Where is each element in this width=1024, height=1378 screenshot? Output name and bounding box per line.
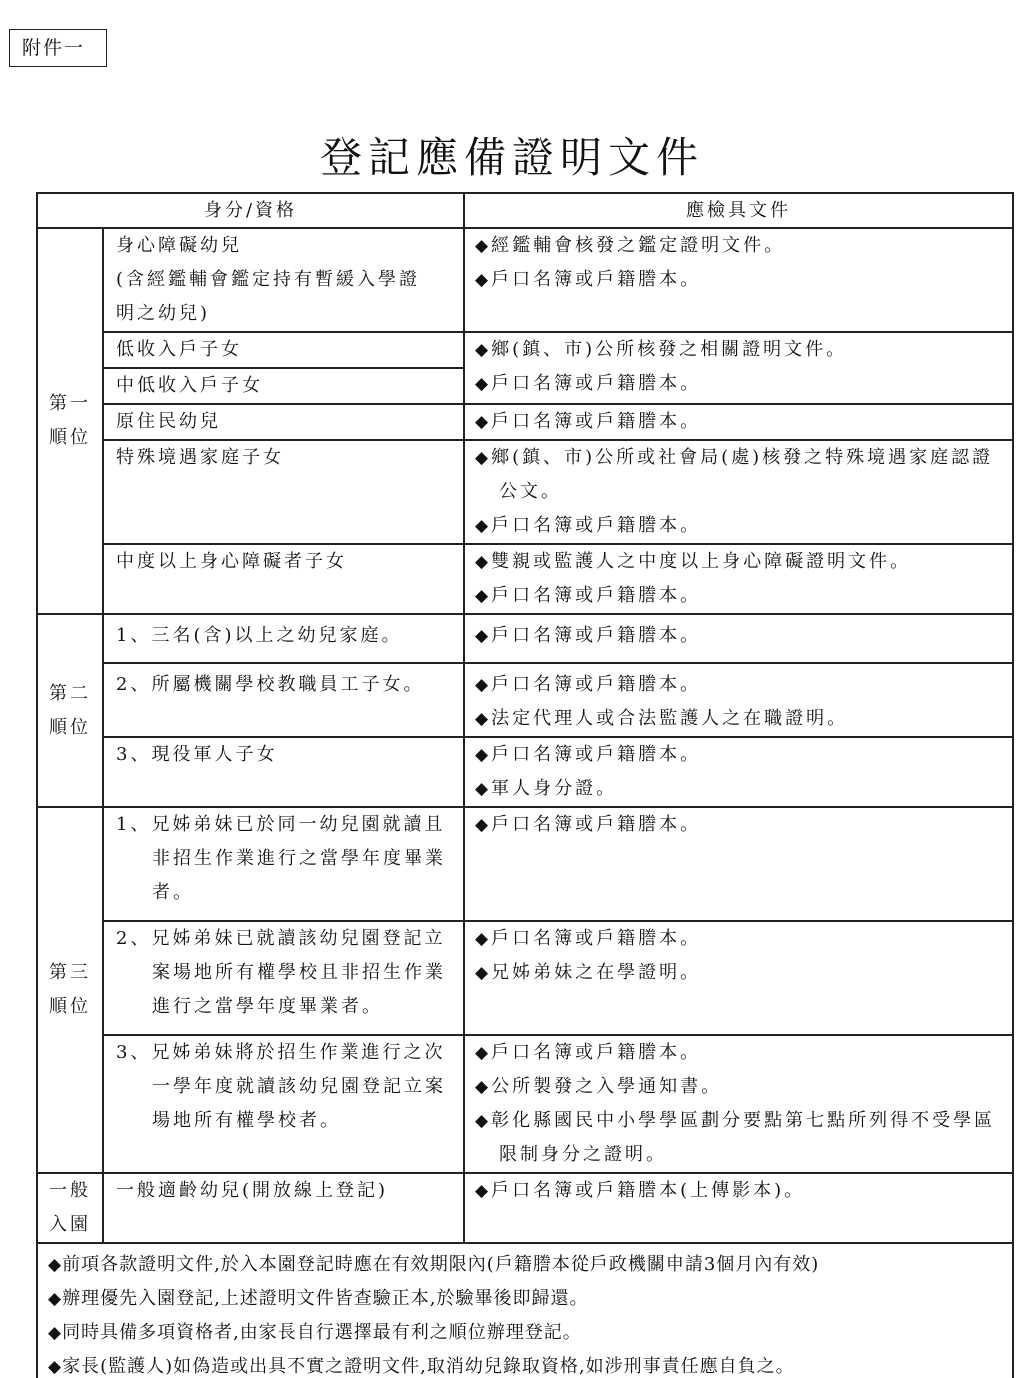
note-item: ◆家長(監護人)如偽造或出具不實之證明文件,取消幼兒錄取資格,如涉刑事責任應自負…	[48, 1350, 1012, 1378]
document-item: ◆彰化縣國民中小學學區劃分要點第七點所列得不受學區限制身分之證明。	[475, 1104, 1012, 1172]
diamond-bullet-icon: ◆	[475, 516, 491, 536]
table-row: 低收入戶子女 ◆鄉(鎮、市)公所核發之相關證明文件。 ◆戶口名簿或戶籍謄本。	[37, 332, 1013, 368]
documents-cell: ◆鄉(鎮、市)公所或社會局(處)核發之特殊境遇家庭認證公文。 ◆戶口名簿或戶籍謄…	[464, 440, 1013, 544]
group-label-priority-3: 第三 順位	[37, 807, 103, 1173]
document-item: ◆鄉(鎮、市)公所或社會局(處)核發之特殊境遇家庭認證公文。	[475, 441, 1012, 509]
document-item: ◆戶口名簿或戶籍謄本(上傳影本)。	[475, 1174, 1012, 1208]
qualification-cell: 1、三名(含)以上之幼兒家庭。	[103, 614, 464, 663]
documents-cell: ◆戶口名簿或戶籍謄本。	[464, 614, 1013, 663]
page-title: 登記應備證明文件	[0, 128, 1024, 188]
diamond-bullet-icon: ◆	[48, 1323, 62, 1343]
document-item: ◆戶口名簿或戶籍謄本。	[475, 405, 1012, 439]
diamond-bullet-icon: ◆	[48, 1357, 62, 1377]
qualification-cell: 一般適齡幼兒(開放線上登記)	[103, 1173, 464, 1243]
table-row: 第三 順位 1、兄姊弟妹已於同一幼兒園就讀且非招生作業進行之當學年度畢業者。 ◆…	[37, 807, 1013, 921]
diamond-bullet-icon: ◆	[475, 1077, 491, 1097]
documents-cell: ◆戶口名簿或戶籍謄本(上傳影本)。	[464, 1173, 1013, 1243]
document-item: ◆戶口名簿或戶籍謄本。	[475, 367, 1012, 401]
table-row: 2、所屬機關學校教職員工子女。 ◆戶口名簿或戶籍謄本。 ◆法定代理人或合法監護人…	[37, 663, 1013, 737]
qualification-cell: 3、兄姊弟妹將於招生作業進行之次一學年度就讀該幼兒園登記立案場地所有權學校者。	[103, 1035, 464, 1173]
document-item: ◆經鑑輔會核發之鑑定證明文件。	[475, 229, 1012, 263]
diamond-bullet-icon: ◆	[475, 1111, 491, 1131]
diamond-bullet-icon: ◆	[475, 340, 491, 360]
notes-row: ◆前項各款證明文件,於入本園登記時應在有效期限內(戶籍謄本從戶政機關申請3個月內…	[37, 1243, 1013, 1378]
qualification-cell: 中度以上身心障礙者子女	[103, 544, 464, 614]
attachment-label: 附件一	[9, 29, 107, 67]
table-row: 3、現役軍人子女 ◆戶口名簿或戶籍謄本。 ◆軍人身分證。	[37, 737, 1013, 807]
diamond-bullet-icon: ◆	[475, 236, 491, 256]
documents-cell: ◆鄉(鎮、市)公所核發之相關證明文件。 ◆戶口名簿或戶籍謄本。	[464, 332, 1013, 404]
group-label-general: 一般 入園	[37, 1173, 103, 1243]
document-item: ◆戶口名簿或戶籍謄本。	[475, 808, 1012, 842]
qualification-cell: 身心障礙幼兒 (含經鑑輔會鑑定持有暫緩入學證 明之幼兒)	[103, 228, 464, 332]
table-row: 一般 入園 一般適齡幼兒(開放線上登記) ◆戶口名簿或戶籍謄本(上傳影本)。	[37, 1173, 1013, 1243]
document-item: ◆戶口名簿或戶籍謄本。	[475, 263, 1012, 297]
diamond-bullet-icon: ◆	[475, 675, 491, 695]
table-row: 第二 順位 1、三名(含)以上之幼兒家庭。 ◆戶口名簿或戶籍謄本。	[37, 614, 1013, 663]
diamond-bullet-icon: ◆	[475, 374, 491, 394]
diamond-bullet-icon: ◆	[475, 586, 491, 606]
documents-cell: ◆戶口名簿或戶籍謄本。 ◆公所製發之入學通知書。 ◆彰化縣國民中小學學區劃分要點…	[464, 1035, 1013, 1173]
document-item: ◆戶口名簿或戶籍謄本。	[475, 579, 1012, 613]
document-item: ◆戶口名簿或戶籍謄本。	[475, 922, 1012, 956]
diamond-bullet-icon: ◆	[475, 779, 491, 799]
documents-cell: ◆戶口名簿或戶籍謄本。	[464, 404, 1013, 440]
note-item: ◆同時具備多項資格者,由家長自行選擇最有利之順位辦理登記。	[48, 1316, 1012, 1350]
documents-cell: ◆經鑑輔會核發之鑑定證明文件。 ◆戶口名簿或戶籍謄本。	[464, 228, 1013, 332]
qualification-cell: 特殊境遇家庭子女	[103, 440, 464, 544]
document-item: ◆戶口名簿或戶籍謄本。	[475, 1036, 1012, 1070]
notes-cell: ◆前項各款證明文件,於入本園登記時應在有效期限內(戶籍謄本從戶政機關申請3個月內…	[37, 1243, 1013, 1378]
documents-cell: ◆戶口名簿或戶籍謄本。	[464, 807, 1013, 921]
diamond-bullet-icon: ◆	[475, 709, 491, 729]
diamond-bullet-icon: ◆	[475, 412, 491, 432]
qualification-cell: 2、兄姊弟妹已就讀該幼兒園登記立案場地所有權學校且非招生作業進行之當學年度畢業者…	[103, 921, 464, 1035]
qualification-cell: 原住民幼兒	[103, 404, 464, 440]
group-label-priority-2: 第二 順位	[37, 614, 103, 807]
table-row: 特殊境遇家庭子女 ◆鄉(鎮、市)公所或社會局(處)核發之特殊境遇家庭認證公文。 …	[37, 440, 1013, 544]
diamond-bullet-icon: ◆	[475, 1043, 491, 1063]
header-documents: 應檢具文件	[464, 193, 1013, 228]
table-header-row: 身分/資格 應檢具文件	[37, 193, 1013, 228]
diamond-bullet-icon: ◆	[475, 929, 491, 949]
document-item: ◆戶口名簿或戶籍謄本。	[475, 619, 1012, 653]
qualification-cell: 低收入戶子女	[103, 332, 464, 368]
qualification-cell: 中低收入戶子女	[103, 368, 464, 404]
document-item: ◆兄姊弟妹之在學證明。	[475, 956, 1012, 990]
document-item: ◆雙親或監護人之中度以上身心障礙證明文件。	[475, 545, 1012, 579]
diamond-bullet-icon: ◆	[475, 552, 491, 572]
diamond-bullet-icon: ◆	[475, 1181, 491, 1201]
diamond-bullet-icon: ◆	[48, 1289, 62, 1309]
note-item: ◆辦理優先入園登記,上述證明文件皆查驗正本,於驗畢後即歸還。	[48, 1282, 1012, 1316]
documents-cell: ◆雙親或監護人之中度以上身心障礙證明文件。 ◆戶口名簿或戶籍謄本。	[464, 544, 1013, 614]
diamond-bullet-icon: ◆	[475, 270, 491, 290]
table-row: 原住民幼兒 ◆戶口名簿或戶籍謄本。	[37, 404, 1013, 440]
documents-cell: ◆戶口名簿或戶籍謄本。 ◆軍人身分證。	[464, 737, 1013, 807]
diamond-bullet-icon: ◆	[48, 1255, 62, 1275]
diamond-bullet-icon: ◆	[475, 448, 491, 468]
qualification-cell: 2、所屬機關學校教職員工子女。	[103, 663, 464, 737]
document-item: ◆鄉(鎮、市)公所核發之相關證明文件。	[475, 333, 1012, 367]
group-label-priority-1: 第一 順位	[37, 228, 103, 614]
diamond-bullet-icon: ◆	[475, 745, 491, 765]
document-item: ◆法定代理人或合法監護人之在職證明。	[475, 702, 1012, 736]
diamond-bullet-icon: ◆	[475, 626, 491, 646]
document-item: ◆軍人身分證。	[475, 772, 1012, 806]
documents-cell: ◆戶口名簿或戶籍謄本。 ◆兄姊弟妹之在學證明。	[464, 921, 1013, 1035]
header-qualification: 身分/資格	[37, 193, 464, 228]
diamond-bullet-icon: ◆	[475, 815, 491, 835]
document-item: ◆公所製發之入學通知書。	[475, 1070, 1012, 1104]
diamond-bullet-icon: ◆	[475, 963, 491, 983]
table-row: 2、兄姊弟妹已就讀該幼兒園登記立案場地所有權學校且非招生作業進行之當學年度畢業者…	[37, 921, 1013, 1035]
note-item: ◆前項各款證明文件,於入本園登記時應在有效期限內(戶籍謄本從戶政機關申請3個月內…	[48, 1248, 1012, 1282]
document-item: ◆戶口名簿或戶籍謄本。	[475, 668, 1012, 702]
table-row: 3、兄姊弟妹將於招生作業進行之次一學年度就讀該幼兒園登記立案場地所有權學校者。 …	[37, 1035, 1013, 1173]
required-documents-table: 身分/資格 應檢具文件 第一 順位 身心障礙幼兒 (含經鑑輔會鑑定持有暫緩入學證…	[36, 192, 1014, 1378]
table-row: 第一 順位 身心障礙幼兒 (含經鑑輔會鑑定持有暫緩入學證 明之幼兒) ◆經鑑輔會…	[37, 228, 1013, 332]
documents-cell: ◆戶口名簿或戶籍謄本。 ◆法定代理人或合法監護人之在職證明。	[464, 663, 1013, 737]
document-item: ◆戶口名簿或戶籍謄本。	[475, 509, 1012, 543]
qualification-cell: 1、兄姊弟妹已於同一幼兒園就讀且非招生作業進行之當學年度畢業者。	[103, 807, 464, 921]
document-item: ◆戶口名簿或戶籍謄本。	[475, 738, 1012, 772]
table-row: 中度以上身心障礙者子女 ◆雙親或監護人之中度以上身心障礙證明文件。 ◆戶口名簿或…	[37, 544, 1013, 614]
qualification-cell: 3、現役軍人子女	[103, 737, 464, 807]
